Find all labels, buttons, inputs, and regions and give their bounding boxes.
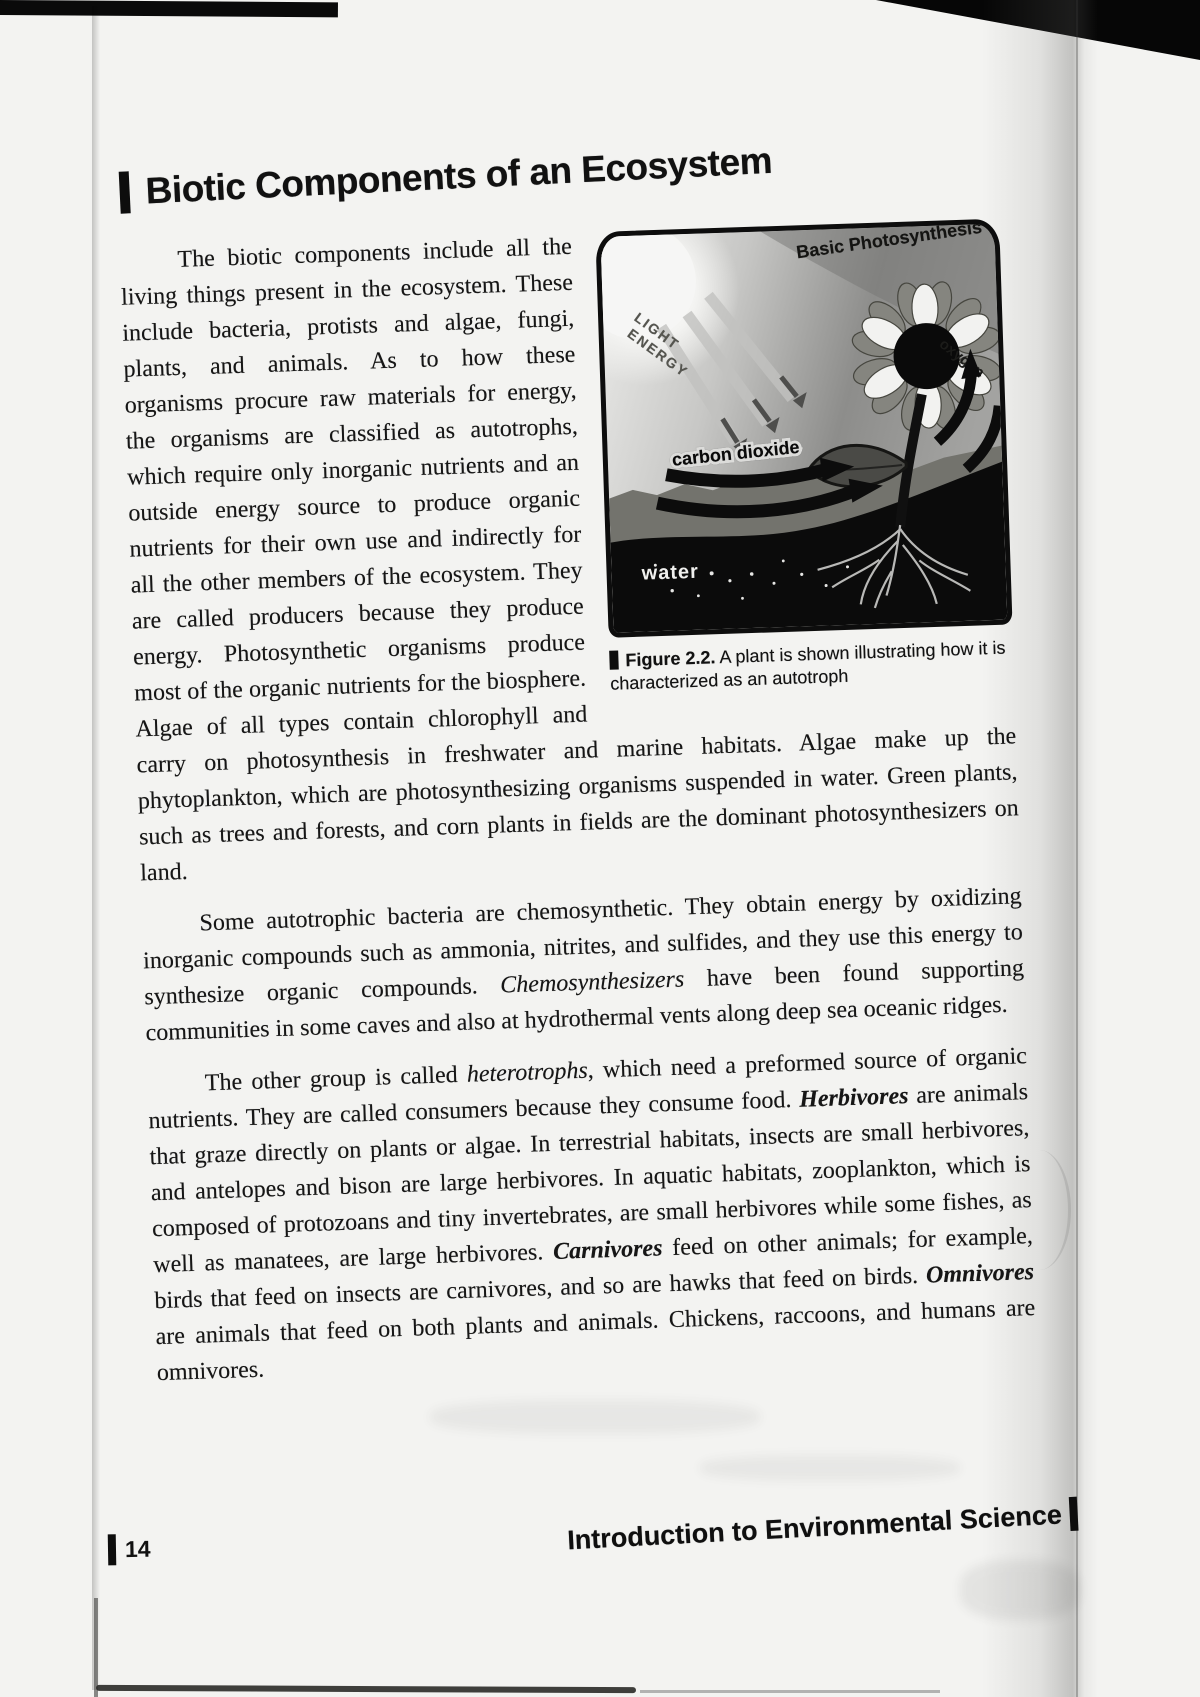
scanned-page: Biotic Components of an Ecosystem [0, 0, 1200, 1697]
page-number-block: 14 [108, 1534, 151, 1566]
body-text: LIGHT ENERGY Basic Photosynthesis [119, 215, 1037, 1392]
title-bar [119, 171, 131, 213]
figure-2-2: LIGHT ENERGY Basic Photosynthesis [595, 219, 1014, 697]
page-number-bar [108, 1534, 117, 1565]
section-title-row: Biotic Components of an Ecosystem [119, 129, 998, 214]
show-through-artifact [960, 1560, 1080, 1620]
paragraph-3: The other group is called heterotrophs, … [147, 1038, 1037, 1391]
book-title-bar [1069, 1497, 1079, 1531]
page-content: Biotic Components of an Ecosystem [114, 47, 1038, 1407]
paragraph-2: Some autotrophic bacteria are chemosynth… [141, 878, 1025, 1051]
scan-top-strip-artifact [0, 0, 338, 17]
bottom-scan-line [96, 1685, 636, 1693]
bottom-scan-line-2 [640, 1690, 940, 1693]
water-label: water [640, 561, 699, 585]
photosynthesis-illustration: LIGHT ENERGY Basic Photosynthesis [600, 224, 1007, 633]
show-through-artifact [700, 1455, 960, 1481]
page-number: 14 [125, 1536, 151, 1563]
caption-label: Figure 2.2. [625, 647, 716, 670]
figure-frame: LIGHT ENERGY Basic Photosynthesis [595, 219, 1012, 638]
page-left-shadow [92, 6, 100, 1690]
caption-bar [609, 650, 619, 669]
left-bottom-edge [94, 1598, 98, 1697]
show-through-artifact [430, 1400, 760, 1434]
page-edge-line [1076, 0, 1078, 1697]
page-title: Biotic Components of an Ecosystem [145, 140, 773, 213]
